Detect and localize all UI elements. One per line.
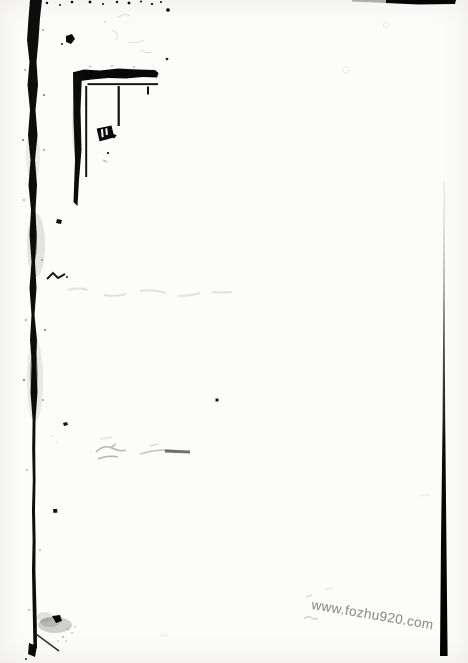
frame-top-border-thin (88, 83, 159, 85)
mid-smudges (51, 435, 190, 459)
ink-scribble (47, 273, 65, 279)
ink-speck (166, 58, 169, 61)
column-divider-line (118, 86, 120, 126)
top-edge-noise (46, 1, 170, 61)
right-page-edge (440, 182, 448, 656)
smudge-band (68, 289, 232, 297)
frame-left-border-thick (73, 72, 82, 206)
page-number-label: 四 (94, 120, 114, 140)
ink-specks (53, 23, 430, 637)
frame-left-border-thin (85, 86, 87, 177)
ink-blot (66, 34, 75, 44)
ink-speck (56, 219, 62, 224)
bottom-left-ink-cluster (25, 612, 76, 660)
scanned-page: 四 www.fozhu920.com (0, 0, 468, 663)
ink-speck (107, 152, 109, 154)
column-tick-mark (147, 87, 149, 95)
frame-top-border-thick (74, 69, 159, 82)
scan-ink-artwork (0, 0, 468, 663)
frame-corner (72, 65, 159, 206)
binding-edge-stripe (22, 0, 62, 650)
top-right-edge-strip (352, 0, 456, 5)
